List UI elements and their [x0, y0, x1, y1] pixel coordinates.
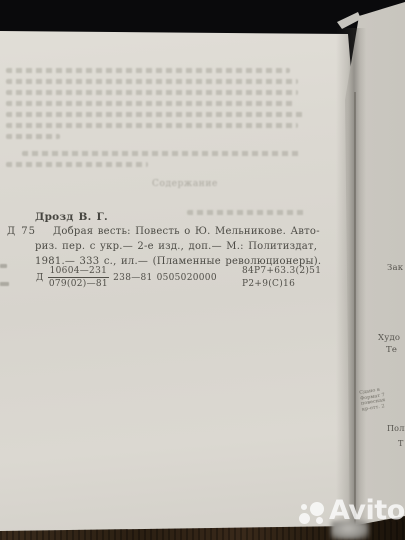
- next-page-letter: Т: [398, 439, 404, 448]
- showthrough-line: [187, 210, 305, 215]
- avito-logo-circle: [299, 513, 310, 524]
- literary-code: Р2+9(С)16: [242, 278, 321, 291]
- book-photo-scene: Содержание Дрозд В. Г. Д 75 Добрая весть…: [0, 0, 405, 540]
- avito-watermark-text: Avito: [329, 495, 405, 526]
- next-page-tech: Те: [386, 345, 397, 355]
- showthrough-line: [6, 79, 298, 84]
- showthrough-line: [6, 162, 148, 167]
- showthrough-line: [6, 134, 60, 139]
- showthrough-line: [6, 101, 296, 106]
- catalog-code-block: Д 10604—231 079(02)—81 238—81 0505020000: [36, 266, 217, 289]
- next-page-artist: Худо: [378, 333, 400, 343]
- catalog-letter-code: Д 75: [7, 226, 36, 237]
- fraction-numerator: 10604—231: [48, 266, 110, 278]
- bbk-code: 84Р7+63.3(2)51: [242, 265, 321, 278]
- showthrough-line: [22, 151, 300, 156]
- order-number: 238—81: [113, 273, 152, 283]
- edge-mark: [0, 282, 9, 286]
- long-code: 0505020000: [157, 273, 217, 283]
- edge-mark: [0, 264, 7, 268]
- showthrough-line: [6, 68, 290, 73]
- showthrough-line: [6, 90, 298, 95]
- showthrough-heading: Содержание: [152, 179, 218, 189]
- classification-code-block: 84Р7+63.3(2)51 Р2+9(С)16: [242, 265, 321, 291]
- author-heading: Дрозд В. Г.: [35, 211, 108, 223]
- avito-watermark: Avito: [296, 498, 405, 530]
- catalog-prefix: Д: [36, 273, 44, 283]
- showthrough-line: [6, 112, 303, 117]
- fraction-denominator: 079(02)—81: [48, 278, 110, 289]
- avito-logo-circle: [301, 504, 307, 510]
- avito-logo-circle: [316, 517, 323, 524]
- next-page-zakaz: Зак: [387, 263, 403, 273]
- gutter-edge-line: [354, 92, 356, 532]
- showthrough-line: [6, 123, 298, 128]
- next-page-publisher: Полит: [387, 424, 405, 433]
- description-line: риз. пер. с укр.— 2-е изд., доп.— М.: По…: [35, 241, 317, 252]
- avito-logo-circle: [310, 502, 324, 516]
- description-line: Добрая весть: Повесть о Ю. Мельникове. А…: [53, 226, 320, 237]
- catalog-fraction: 10604—231 079(02)—81: [48, 266, 110, 289]
